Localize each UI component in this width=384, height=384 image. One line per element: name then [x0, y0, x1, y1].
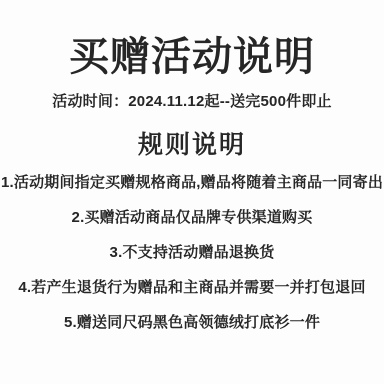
page-title: 买赠活动说明 [0, 0, 384, 80]
rules-heading: 规则说明 [0, 131, 384, 159]
rule-item-2: 2.买赠活动商品仅品牌专供渠道购买 [0, 208, 384, 228]
rule-item-1: 1.活动期间指定买赠规格商品,赠品将随着主商品一同寄出 [0, 173, 384, 193]
promo-notice-image: 买赠活动说明 活动时间：2024.11.12起--送完500件即止 规则说明 1… [0, 0, 384, 384]
activity-period-text: 活动时间：2024.11.12起--送完500件即止 [0, 93, 384, 111]
rule-item-5: 5.赠送同尺码黑色高领德绒打底衫一件 [0, 313, 384, 333]
rules-list: 1.活动期间指定买赠规格商品,赠品将随着主商品一同寄出 2.买赠活动商品仅品牌专… [0, 173, 384, 333]
rule-item-4: 4.若产生退货行为赠品和主商品并需要一并打包退回 [0, 278, 384, 298]
rule-item-3: 3.不支持活动赠品退换货 [0, 243, 384, 263]
